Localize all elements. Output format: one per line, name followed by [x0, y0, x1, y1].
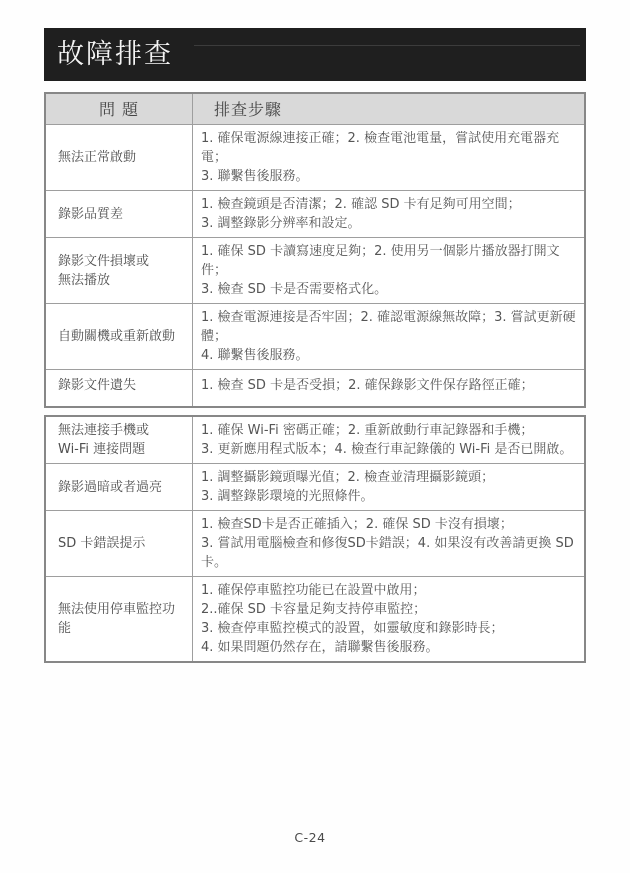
problem-cell-line: Wi-Fi 連接問題: [58, 440, 184, 459]
steps-cell-line: 3. 調整錄影分辨率和設定。: [201, 214, 576, 233]
problem-cell-line: 無法正常啟動: [58, 148, 184, 167]
steps-cell-line: 1. 檢查鏡頭是否清潔；2. 確認 SD 卡有足夠可用空間；: [201, 195, 576, 214]
steps-cell-line: 3. 聯繫售後服務。: [201, 167, 576, 186]
problem-cell: 無法連接手機或Wi-Fi 連接問題: [46, 417, 192, 463]
problem-cell: 無法使用停車監控功能: [46, 577, 192, 661]
steps-cell: 1. 檢查鏡頭是否清潔；2. 確認 SD 卡有足夠可用空間；3. 調整錄影分辨率…: [192, 191, 584, 237]
steps-cell: 1. 確保電源線連接正確；2. 檢查電池電量，嘗試使用充電器充電；3. 聯繫售後…: [192, 125, 584, 190]
problem-cell-line: 錄影文件損壞或: [58, 252, 184, 271]
page-title: 故障排查: [57, 38, 173, 71]
steps-cell: 1. 確保 SD 卡讀寫速度足夠；2. 使用另一個影片播放器打開文件；3. 檢查…: [192, 238, 584, 303]
steps-cell-line: 1. 檢查SD卡是否正確插入；2. 確保 SD 卡沒有損壞；: [201, 515, 576, 534]
table-row: 錄影文件損壞或無法播放1. 確保 SD 卡讀寫速度足夠；2. 使用另一個影片播放…: [46, 237, 584, 303]
problem-cell-line: 無法使用停車監控功能: [58, 600, 184, 638]
steps-cell-line: 1. 檢查 SD 卡是否受損；2. 確保錄影文件保存路徑正確；: [201, 376, 576, 395]
steps-cell-line: 1. 確保電源線連接正確；2. 檢查電池電量，嘗試使用充電器充電；: [201, 129, 576, 167]
steps-cell-line: 3. 檢查 SD 卡是否需要格式化。: [201, 280, 576, 299]
section-title-bar: 故障排查: [44, 28, 586, 81]
steps-cell: 1. 調整攝影鏡頭曝光值；2. 檢查並清理攝影鏡頭；3. 調整錄影環境的光照條件…: [192, 464, 584, 510]
steps-cell-line: 3. 檢查停車監控模式的設置，如靈敏度和錄影時長；: [201, 619, 576, 638]
problem-cell-line: 錄影過暗或者過亮: [58, 478, 184, 497]
problem-cell: SD 卡錯誤提示: [46, 511, 192, 576]
problem-cell: 錄影文件損壞或無法播放: [46, 238, 192, 303]
problem-cell-line: 錄影品質差: [58, 205, 184, 224]
table-header-row: 問 題 排查步驟: [46, 94, 584, 124]
problem-cell-line: 自動關機或重新啟動: [58, 327, 184, 346]
problem-cell: 自動關機或重新啟動: [46, 304, 192, 369]
steps-cell-line: 2..確保 SD 卡容量足夠支持停車監控；: [201, 600, 576, 619]
problem-cell-line: 錄影文件遺失: [58, 376, 184, 395]
table-section-lower: 無法連接手機或Wi-Fi 連接問題1. 確保 Wi-Fi 密碼正確；2. 重新啟…: [44, 415, 586, 663]
troubleshooting-table: 問 題 排查步驟 無法正常啟動1. 確保電源線連接正確；2. 檢查電池電量，嘗試…: [44, 92, 586, 663]
steps-cell-line: 3. 更新應用程式版本；4. 檢查行車記錄儀的 Wi-Fi 是否已開啟。: [201, 440, 576, 459]
table-row: 錄影過暗或者過亮1. 調整攝影鏡頭曝光值；2. 檢查並清理攝影鏡頭；3. 調整錄…: [46, 463, 584, 510]
table-section-upper: 問 題 排查步驟 無法正常啟動1. 確保電源線連接正確；2. 檢查電池電量，嘗試…: [44, 92, 586, 408]
problem-cell-line: 無法連接手機或: [58, 421, 184, 440]
table-row: 自動關機或重新啟動1. 檢查電源連接是否牢固；2. 確認電源線無故障；3. 嘗試…: [46, 303, 584, 369]
problem-column-header: 問 題: [46, 94, 192, 124]
table-row: 無法正常啟動1. 確保電源線連接正確；2. 檢查電池電量，嘗試使用充電器充電；3…: [46, 124, 584, 190]
steps-cell-line: 3. 嘗試用電腦檢查和修復SD卡錯誤；4. 如果沒有改善請更換 SD 卡。: [201, 534, 576, 572]
steps-cell-line: 1. 確保 SD 卡讀寫速度足夠；2. 使用另一個影片播放器打開文件；: [201, 242, 576, 280]
title-decorative-rule: [194, 45, 580, 46]
problem-cell: 無法正常啟動: [46, 125, 192, 190]
problem-cell-line: SD 卡錯誤提示: [58, 534, 184, 553]
steps-cell-line: 4. 聯繫售後服務。: [201, 346, 576, 365]
steps-cell: 1. 確保停車監控功能已在設置中啟用；2..確保 SD 卡容量足夠支持停車監控；…: [192, 577, 584, 661]
steps-cell-line: 3. 調整錄影環境的光照條件。: [201, 487, 576, 506]
problem-cell-line: 無法播放: [58, 271, 184, 290]
table-row: 錄影品質差1. 檢查鏡頭是否清潔；2. 確認 SD 卡有足夠可用空間；3. 調整…: [46, 190, 584, 237]
steps-cell: 1. 檢查 SD 卡是否受損；2. 確保錄影文件保存路徑正確；: [192, 370, 584, 406]
table-row: 無法連接手機或Wi-Fi 連接問題1. 確保 Wi-Fi 密碼正確；2. 重新啟…: [46, 417, 584, 463]
steps-column-header: 排查步驟: [192, 94, 584, 124]
table-row: SD 卡錯誤提示1. 檢查SD卡是否正確插入；2. 確保 SD 卡沒有損壞；3.…: [46, 510, 584, 576]
manual-page: 故障排查 問 題 排查步驟 無法正常啟動1. 確保電源線連接正確；2. 檢查電池…: [0, 0, 630, 873]
problem-cell: 錄影過暗或者過亮: [46, 464, 192, 510]
steps-cell-line: 1. 確保 Wi-Fi 密碼正確；2. 重新啟動行車記錄器和手機；: [201, 421, 576, 440]
steps-cell-line: 1. 確保停車監控功能已在設置中啟用；: [201, 581, 576, 600]
steps-cell: 1. 檢查電源連接是否牢固；2. 確認電源線無故障；3. 嘗試更新硬體；4. 聯…: [192, 304, 584, 369]
steps-cell: 1. 確保 Wi-Fi 密碼正確；2. 重新啟動行車記錄器和手機；3. 更新應用…: [192, 417, 584, 463]
steps-cell-line: 1. 調整攝影鏡頭曝光值；2. 檢查並清理攝影鏡頭；: [201, 468, 576, 487]
page-number: C-24: [0, 830, 620, 845]
table-row: 無法使用停車監控功能1. 確保停車監控功能已在設置中啟用；2..確保 SD 卡容…: [46, 576, 584, 661]
problem-cell: 錄影文件遺失: [46, 370, 192, 406]
problem-cell: 錄影品質差: [46, 191, 192, 237]
steps-cell: 1. 檢查SD卡是否正確插入；2. 確保 SD 卡沒有損壞；3. 嘗試用電腦檢查…: [192, 511, 584, 576]
table-row: 錄影文件遺失1. 檢查 SD 卡是否受損；2. 確保錄影文件保存路徑正確；: [46, 369, 584, 406]
steps-cell-line: 1. 檢查電源連接是否牢固；2. 確認電源線無故障；3. 嘗試更新硬體；: [201, 308, 576, 346]
steps-cell-line: 4. 如果問題仍然存在，請聯繫售後服務。: [201, 638, 576, 657]
